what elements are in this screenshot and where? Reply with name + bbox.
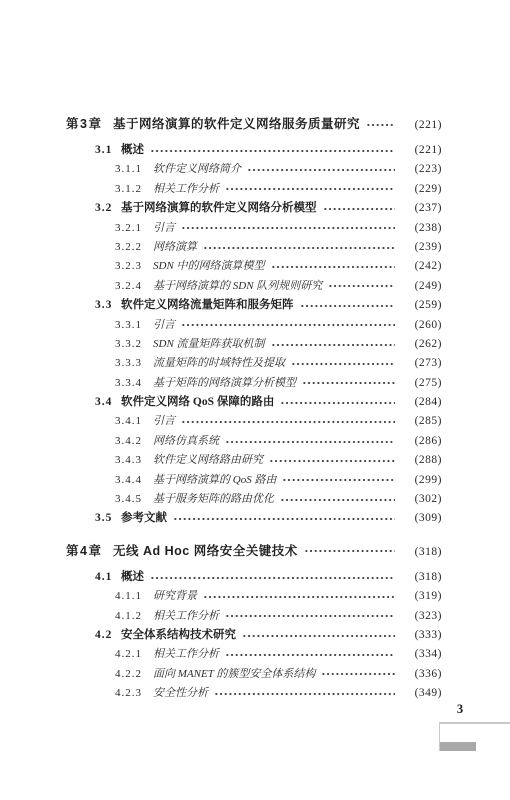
chapter-label: 第3章	[66, 114, 113, 132]
entry-page-number: (302)	[400, 493, 442, 505]
leader-dots	[150, 149, 395, 153]
toc-entry-row[interactable]: 3.3.4基于矩阵的网络演算分析模型(275)	[66, 374, 442, 393]
entry-title: 网络仿真系统	[153, 432, 219, 448]
entry-number: 3.4.3	[115, 454, 153, 466]
entry-title: 基于网络演算的 SDN 队列规则研究	[153, 277, 322, 293]
entry-page-number: (223)	[400, 163, 442, 175]
toc-entry-row[interactable]: 3.4.4基于网络演算的 QoS 路由(299)	[66, 471, 442, 490]
entry-title: 相关工作分析	[153, 645, 219, 661]
leader-dots	[328, 284, 395, 288]
leader-dots	[323, 207, 396, 211]
leader-dots	[203, 246, 395, 250]
entry-number: 3.2.4	[115, 280, 153, 292]
entry-title: 基于网络演算的 QoS 路由	[153, 471, 276, 487]
leader-dots	[302, 381, 395, 385]
entry-page-number: (262)	[400, 338, 442, 350]
entry-title: 引言	[153, 219, 175, 235]
leader-dots	[225, 653, 395, 657]
toc-entry-row[interactable]: 3.3.2SDN 流量矩阵获取机制(262)	[66, 335, 442, 354]
entry-number: 3.2.3	[115, 260, 153, 272]
entry-page-number: (319)	[400, 590, 442, 602]
toc-entry-row[interactable]: 3.4.2网络仿真系统(286)	[66, 432, 442, 451]
toc-entry-row[interactable]: 3.2基于网络演算的软件定义网络分析模型(237)	[66, 199, 442, 218]
leader-dots	[173, 517, 395, 521]
entry-title: 概述	[121, 141, 144, 157]
leader-dots	[366, 123, 395, 127]
entry-title: 基于服务矩阵的路由优化	[153, 490, 274, 506]
leader-dots	[214, 692, 395, 696]
toc-entry-row[interactable]: 3.2.2网络演算(239)	[66, 238, 442, 257]
chapter-title: 基于网络演算的软件定义网络服务质量研究	[113, 114, 360, 132]
entry-page-number: (249)	[400, 280, 442, 292]
leader-dots	[247, 168, 395, 172]
entry-number: 3.3	[95, 299, 121, 311]
toc-chapter-row[interactable]: 第4章无线 Ad Hoc 网络安全关键技术(318)	[66, 541, 442, 562]
entry-page-number: (239)	[400, 241, 442, 253]
entry-title: 基于矩阵的网络演算分析模型	[153, 374, 296, 390]
entry-number: 4.2.1	[115, 648, 153, 660]
entry-number: 3.4.1	[115, 415, 153, 427]
entry-page-number: (286)	[400, 435, 442, 447]
entry-title: 软件定义网络路由研究	[153, 451, 263, 467]
toc-entry-row[interactable]: 3.4.5基于服务矩阵的路由优化(302)	[66, 490, 442, 509]
leader-dots	[225, 440, 395, 444]
entry-title: 面向 MANET 的簇型安全体系结构	[153, 665, 315, 681]
chapter-label: 第4章	[66, 541, 113, 559]
entry-page-number: (238)	[400, 222, 442, 234]
toc-entry-row[interactable]: 3.1.2相关工作分析(229)	[66, 180, 442, 199]
leader-dots	[242, 634, 395, 638]
entry-page-number: (336)	[400, 668, 442, 680]
leader-dots	[271, 265, 395, 269]
toc-entry-row[interactable]: 4.2.3安全性分析(349)	[66, 684, 442, 703]
entry-page-number: (229)	[400, 183, 442, 195]
entry-page-number: (333)	[400, 629, 442, 641]
entry-page-number: (288)	[400, 454, 442, 466]
entry-number: 3.1.2	[115, 183, 153, 195]
toc-entry-row[interactable]: 4.2.2面向 MANET 的簇型安全体系结构(336)	[66, 665, 442, 684]
leader-dots	[181, 226, 395, 230]
toc-entry-row[interactable]: 3.3.1引言(260)	[66, 316, 442, 335]
page-number: 3	[452, 702, 468, 717]
chapter-page-number: (221)	[400, 119, 442, 131]
toc-entry-row[interactable]: 4.2.1相关工作分析(334)	[66, 645, 442, 664]
entry-title: 概述	[121, 568, 144, 584]
entry-title: 研究背景	[153, 587, 197, 603]
entry-page-number: (221)	[400, 144, 442, 156]
entry-number: 3.3.1	[115, 319, 153, 331]
entry-page-number: (237)	[400, 202, 442, 214]
entry-title: 相关工作分析	[153, 180, 219, 196]
leader-dots	[271, 343, 395, 347]
toc-entry-row[interactable]: 3.1.1软件定义网络简介(223)	[66, 160, 442, 179]
entry-number: 4.2.3	[115, 687, 153, 699]
entry-title: 安全性分析	[153, 684, 208, 700]
entry-title: 软件定义网络 QoS 保障的路由	[121, 393, 274, 409]
entry-title: SDN 中的网络演算模型	[153, 257, 265, 273]
entry-number: 3.4.2	[115, 435, 153, 447]
entry-number: 3.4.4	[115, 474, 153, 486]
toc-entry-row[interactable]: 3.4软件定义网络 QoS 保障的路由(284)	[66, 393, 442, 412]
leader-dots	[321, 672, 395, 676]
entry-number: 4.2.2	[115, 668, 153, 680]
entry-page-number: (285)	[400, 415, 442, 427]
entry-number: 4.1.1	[115, 590, 153, 602]
toc-entry-row[interactable]: 4.1概述(318)	[66, 568, 442, 587]
entry-page-number: (259)	[400, 299, 442, 311]
toc-entry-row[interactable]: 4.1.2相关工作分析(323)	[66, 607, 442, 626]
leader-dots	[203, 595, 395, 599]
toc-entry-row[interactable]: 4.1.1研究背景(319)	[66, 587, 442, 606]
toc-list: 第3章基于网络演算的软件定义网络服务质量研究(221)3.1概述(221)3.1…	[66, 114, 442, 704]
leader-dots	[304, 549, 395, 553]
entry-number: 3.2.1	[115, 222, 153, 234]
book-toc-page: 第3章基于网络演算的软件定义网络服务质量研究(221)3.1概述(221)3.1…	[0, 0, 510, 800]
entry-title: 软件定义网络流量矩阵和服务矩阵	[121, 296, 294, 312]
page-corner-bar	[440, 742, 476, 751]
toc-entry-row[interactable]: 3.2.1引言(238)	[66, 219, 442, 238]
entry-page-number: (323)	[400, 610, 442, 622]
entry-number: 3.2	[95, 202, 121, 214]
toc-entry-row[interactable]: 3.3软件定义网络流量矩阵和服务矩阵(259)	[66, 296, 442, 315]
chapter-title: 无线 Ad Hoc 网络安全关键技术	[113, 541, 298, 559]
entry-title: 基于网络演算的软件定义网络分析模型	[121, 199, 317, 215]
leader-dots	[300, 304, 396, 308]
entry-page-number: (242)	[400, 260, 442, 272]
page-corner-ornament	[439, 722, 510, 751]
entry-title: SDN 流量矩阵获取机制	[153, 335, 265, 351]
leader-dots	[181, 323, 395, 327]
leader-dots	[225, 614, 395, 618]
entry-number: 4.2	[95, 629, 121, 641]
toc-entry-row[interactable]: 3.2.4基于网络演算的 SDN 队列规则研究(249)	[66, 277, 442, 296]
entry-page-number: (260)	[400, 319, 442, 331]
entry-page-number: (349)	[400, 687, 442, 699]
entry-number: 3.3.4	[115, 377, 153, 389]
entry-number: 3.2.2	[115, 241, 153, 253]
entry-number: 3.1.1	[115, 163, 153, 175]
entry-title: 引言	[153, 316, 175, 332]
toc-entry-row[interactable]: 3.2.3SDN 中的网络演算模型(242)	[66, 257, 442, 276]
leader-dots	[291, 362, 395, 366]
entry-number: 3.3.2	[115, 338, 153, 350]
toc-entry-row[interactable]: 3.4.3软件定义网络路由研究(288)	[66, 451, 442, 470]
entry-page-number: (318)	[400, 571, 442, 583]
entry-title: 引言	[153, 412, 175, 428]
chapter-page-number: (318)	[400, 546, 442, 558]
entry-number: 3.3.3	[115, 357, 153, 369]
leader-dots	[181, 420, 395, 424]
entry-title: 网络演算	[153, 238, 197, 254]
leader-dots	[225, 187, 395, 191]
entry-page-number: (275)	[400, 377, 442, 389]
leader-dots	[269, 459, 395, 463]
entry-page-number: (334)	[400, 648, 442, 660]
entry-title: 软件定义网络简介	[153, 160, 241, 176]
leader-dots	[150, 576, 395, 580]
entry-title: 参考文献	[121, 509, 167, 525]
entry-page-number: (284)	[400, 396, 442, 408]
entry-number: 4.1.2	[115, 610, 153, 622]
toc-chapter-row[interactable]: 第3章基于网络演算的软件定义网络服务质量研究(221)	[66, 114, 442, 135]
entry-number: 3.4.5	[115, 493, 153, 505]
entry-number: 4.1	[95, 571, 121, 583]
entry-title: 相关工作分析	[153, 607, 219, 623]
toc-entry-row[interactable]: 4.2安全体系结构技术研究(333)	[66, 626, 442, 645]
entry-title: 安全体系结构技术研究	[121, 626, 236, 642]
entry-page-number: (309)	[400, 512, 442, 524]
entry-title: 流量矩阵的时域特性及提取	[153, 354, 285, 370]
entry-number: 3.4	[95, 396, 121, 408]
toc-entry-row[interactable]: 3.4.1引言(285)	[66, 412, 442, 431]
toc-entry-row[interactable]: 3.5参考文献(309)	[66, 509, 442, 528]
toc-entry-row[interactable]: 3.3.3流量矩阵的时域特性及提取(273)	[66, 354, 442, 373]
leader-dots	[280, 401, 395, 405]
entry-page-number: (273)	[400, 357, 442, 369]
leader-dots	[280, 498, 395, 502]
toc-entry-row[interactable]: 3.1概述(221)	[66, 141, 442, 160]
entry-page-number: (299)	[400, 474, 442, 486]
entry-number: 3.5	[95, 512, 121, 524]
entry-number: 3.1	[95, 144, 121, 156]
leader-dots	[282, 478, 395, 482]
